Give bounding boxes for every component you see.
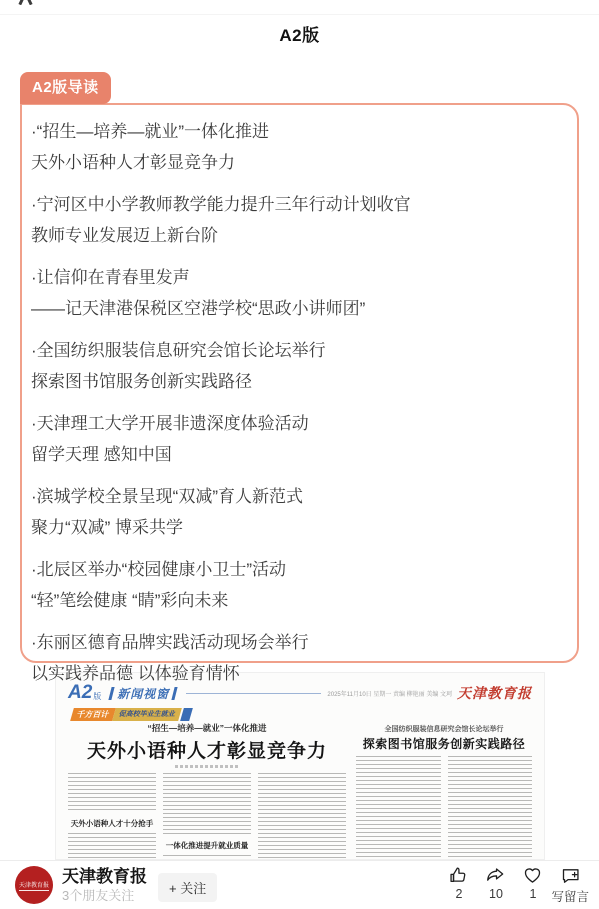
dateline: 2025年11月10日 星期一 责编 柳艳丽 美编 文珂 [327,689,452,698]
action-bar: 2 10 1 写留言 [440,865,589,905]
share-arrow-icon [485,865,506,886]
guide-item-line2: “轻”笔绘健康 “睛”彩向未来 [31,585,565,616]
like-button[interactable]: 2 [440,865,477,905]
left-story-subhead-1: 天外小语种人才十分抢手 [68,818,156,829]
guide-item: ·全国纺织服装信息研究会馆长论坛举行 探索图书馆服务创新实践路径 [31,335,565,397]
guide-item-line2: ——记天津港保税区空港学校“思政小讲师团” [31,293,565,324]
guide-item: ·天津理工大学开展非遗深度体验活动 留学天理 感知中国 [31,408,565,470]
guide-item-line2: 聚力“双减” 博采共学 [31,512,565,543]
guide-item: ·“招生—培养—就业”一体化推进 天外小语种人才彰显竞争力 [31,116,565,178]
thumbs-up-icon [448,865,469,886]
followers-count: 3个朋友关注 [62,887,147,904]
heart-icon [522,865,543,886]
page-title: A2版 [0,21,599,46]
guide-item-line2: 留学天理 感知中国 [31,439,565,470]
left-story: “招生—培养—就业”一体化推进 天外小语种人才彰显竞争力 天外小语种人才十分抢手… [68,722,346,860]
ribbon-tail [180,708,193,721]
account-avatar[interactable]: 天津教育报 [15,866,53,904]
heart-count: 1 [530,887,537,901]
heart-button[interactable]: 1 [514,865,551,905]
right-story: 全国纺织服装信息研究会馆长论坛举行 探索图书馆服务创新实践路径 天津理工大学开展… [356,722,532,860]
guide-badge: A2版导读 [20,72,111,104]
newspaper-thumbnail[interactable]: A2 版 新闻视窗 2025年11月10日 星期一 责编 柳艳丽 美编 文珂 天… [55,672,545,860]
left-story-kicker: “招生—培养—就业”一体化推进 [68,722,346,734]
comment-bubble-icon [560,865,581,886]
top-divider [0,14,599,15]
guide-item-line1: ·滨城学校全景呈现“双减”育人新范式 [31,481,565,512]
ribbon-segment-1: 千方百计 [70,708,116,721]
body-column [356,756,441,858]
left-story-subhead-2: 一体化推进提升就业质量 [163,840,251,851]
guide-item-line1: ·北辰区举办“校园健康小卫士”活动 [31,554,565,585]
follow-button[interactable]: + 关注 [158,873,217,902]
right-story-kicker: 全国纺织服装信息研究会馆长论坛举行 [356,724,532,734]
body-text-sim [163,773,251,835]
guide-item-line2: 天外小语种人才彰显竞争力 [31,147,565,178]
account-name[interactable]: 天津教育报 [62,867,147,887]
right-story-headline: 探索图书馆服务创新实践路径 [356,735,532,752]
guide-item-line1: ·“招生—培养—就业”一体化推进 [31,116,565,147]
body-text-sim [448,756,533,858]
guide-item-line1: ·天津理工大学开展非遗深度体验活动 [31,408,565,439]
guide-item: ·宁河区中小学教师教学能力提升三年行动计划收官 教师专业发展迈上新台阶 [31,189,565,251]
cutoff-character-fragment [16,0,36,5]
share-button[interactable]: 10 [477,865,514,905]
guide-item-line1: ·东丽区德育品牌实践活动现场会举行 [31,627,565,658]
body-column: 一体化推进提升就业质量 [163,773,251,860]
guide-item-line2: 探索图书馆服务创新实践路径 [31,366,565,397]
left-story-headline: 天外小语种人才彰显竞争力 [68,736,346,763]
account-info[interactable]: 天津教育报 3个朋友关注 [62,867,147,904]
guide-item-line1: ·全国纺织服装信息研究会馆长论坛举行 [31,335,565,366]
edition-suffix: 版 [93,691,101,702]
body-text-sim [258,773,346,860]
comment-button[interactable]: 写留言 [551,865,589,905]
body-text-sim [68,833,156,860]
guide-item-line2: 教师专业发展迈上新台阶 [31,220,565,251]
body-column [448,756,533,858]
guide-item-line2: 以实践养品德 以体验育情怀 [31,658,565,689]
body-text-sim [356,756,441,858]
ribbon-segment-2: 促高校毕业生就业 [112,708,182,721]
byline-placeholder [175,765,239,768]
guide-item-line1: ·让信仰在青春里发声 [31,262,565,293]
guide-item: ·让信仰在青春里发声 ——记天津港保税区空港学校“思政小讲师团” [31,262,565,324]
share-count: 10 [489,887,503,901]
body-column [258,773,346,860]
guide-box: ·“招生—培养—就业”一体化推进 天外小语种人才彰显竞争力 ·宁河区中小学教师教… [20,103,579,663]
body-column: 天外小语种人才十分抢手 [68,773,156,860]
topic-ribbon: 千方百计 促高校毕业生就业 [70,708,193,721]
guide-item: ·东丽区德育品牌实践活动现场会举行 以实践养品德 以体验育情怀 [31,627,565,689]
masthead-rule [186,693,321,694]
guide-item: ·北辰区举办“校园健康小卫士”活动 “轻”笔绘健康 “睛”彩向未来 [31,554,565,616]
guide-item: ·滨城学校全景呈现“双减”育人新范式 聚力“双减” 博采共学 [31,481,565,543]
like-count: 2 [456,887,463,901]
body-text-sim [68,773,156,813]
guide-item-line1: ·宁河区中小学教师教学能力提升三年行动计划收官 [31,189,565,220]
avatar-logo-text: 天津教育报 [19,880,49,891]
comment-label: 写留言 [551,887,589,905]
article-footer: 天津教育报 天津教育报 3个朋友关注 + 关注 2 10 1 [0,860,599,909]
